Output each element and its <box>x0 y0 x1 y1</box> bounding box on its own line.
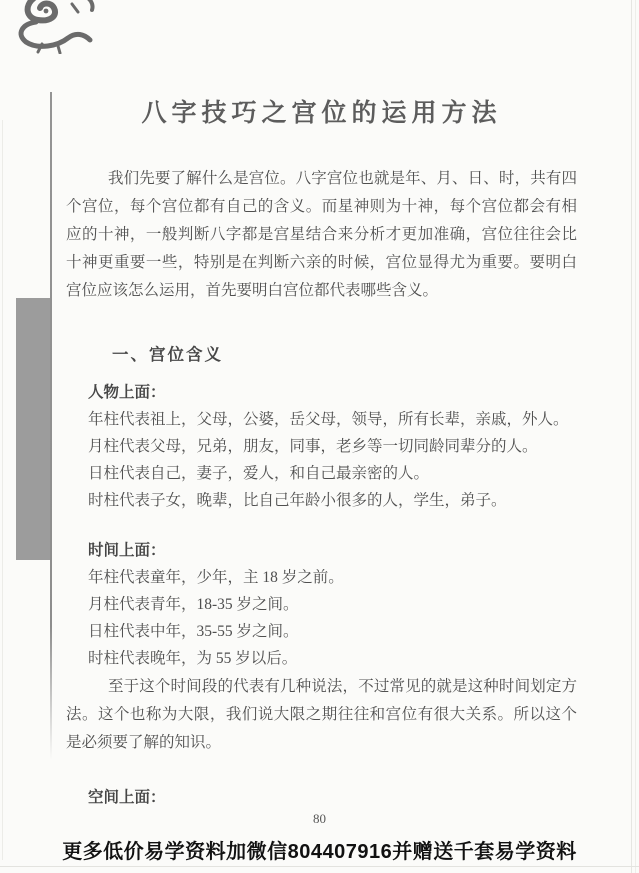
people-subsection: 人物上面： 年柱代表祖上，父母，公婆，岳父母，领导，所有长辈，亲戚，外人。 月柱… <box>88 379 577 514</box>
time-subsection: 时间上面： 年柱代表童年，少年，主 18 岁之前。 月柱代表青年，18-35 岁… <box>88 537 577 672</box>
time-note-paragraph: 至于这个时间段的代表有几种说法，不过常见的就是这种时间划定方法。这个也称为大限，… <box>66 673 577 757</box>
scan-edge-line-right <box>631 0 632 873</box>
page-number: 80 <box>0 811 639 827</box>
page-title: 八字技巧之宫位的运用方法 <box>66 96 577 132</box>
people-subheading: 人物上面： <box>88 379 577 406</box>
people-line-hour: 时柱代表子女，晚辈，比自己年龄小很多的人，学生，弟子。 <box>88 487 577 514</box>
space-subheading: 空间上面： <box>88 784 577 811</box>
page-left-rule <box>50 92 52 760</box>
dragon-icon <box>6 0 98 54</box>
people-line-year: 年柱代表祖上，父母，公婆，岳父母，领导，所有长辈，亲戚，外人。 <box>88 406 577 433</box>
scan-edge-line-right-2 <box>635 0 636 873</box>
scanned-book-page: { "page": { "title": "八字技巧之宫位的运用方法", "in… <box>0 0 639 873</box>
people-line-month: 月柱代表父母，兄弟，朋友，同事，老乡等一切同龄同辈分的人。 <box>88 433 577 460</box>
time-line-year: 年柱代表童年，少年，主 18 岁之前。 <box>88 564 577 591</box>
page-content: 八字技巧之宫位的运用方法 我们先要了解什么是宫位。八字宫位也就是年、月、日、时，… <box>66 96 577 811</box>
time-line-month: 月柱代表青年，18-35 岁之间。 <box>88 591 577 618</box>
time-subheading: 时间上面： <box>88 537 577 564</box>
intro-paragraph: 我们先要了解什么是宫位。八字宫位也就是年、月、日、时，共有四个宫位，每个宫位都有… <box>66 165 577 305</box>
scan-edge-line-left <box>2 120 3 860</box>
binding-shadow-bar <box>16 298 50 560</box>
scan-edge-line-bottom <box>0 866 639 867</box>
time-line-day: 日柱代表中年，35-55 岁之间。 <box>88 618 577 645</box>
space-subsection: 空间上面： <box>88 784 577 811</box>
time-line-hour: 时柱代表晚年，为 55 岁以后。 <box>88 645 577 672</box>
footer-ad-banner: 更多低价易学资料加微信804407916并赠送千套易学资料 <box>0 835 639 864</box>
people-line-day: 日柱代表自己，妻子，爱人，和自己最亲密的人。 <box>88 460 577 487</box>
section-heading-palace-meaning: 一、宫位含义 <box>112 343 577 367</box>
